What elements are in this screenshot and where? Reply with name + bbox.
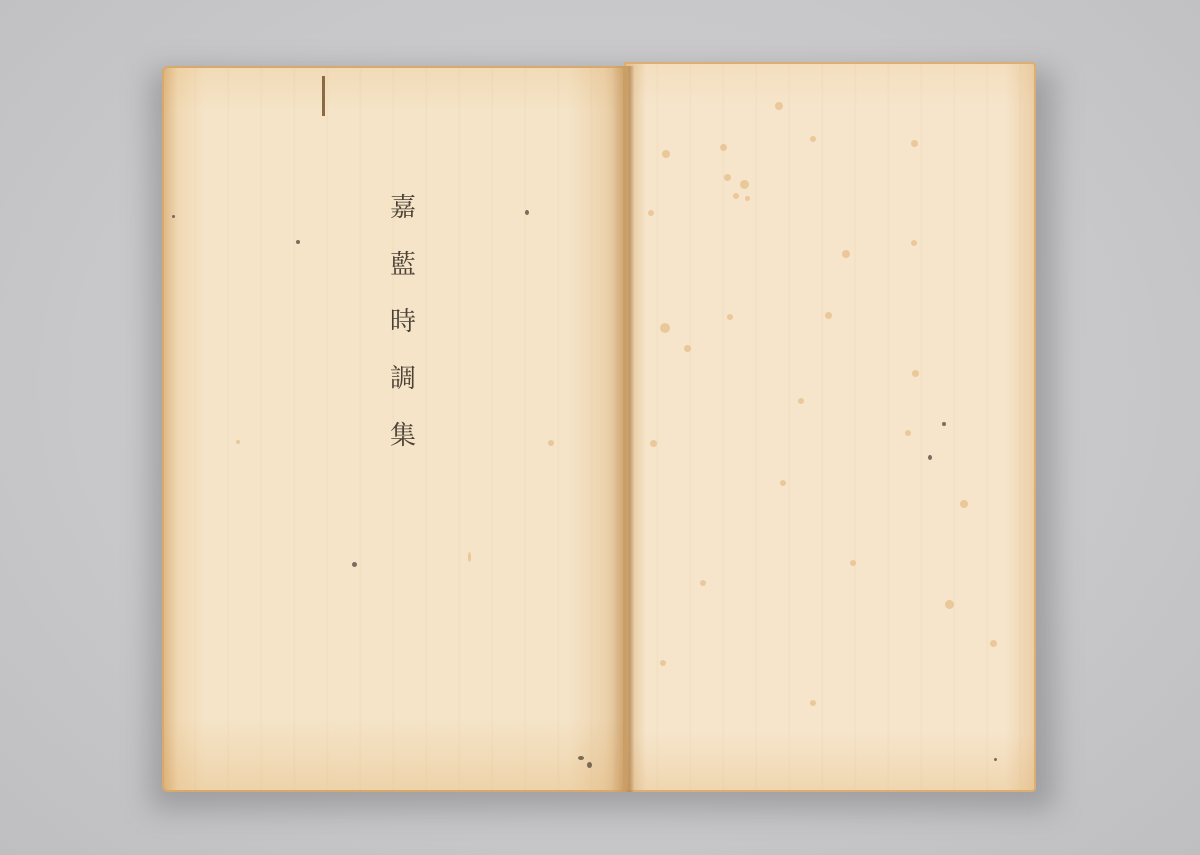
right-page	[624, 62, 1036, 792]
ink-mark	[322, 76, 325, 116]
title-char: 調	[390, 366, 416, 423]
foxing-spot	[850, 560, 856, 566]
speck	[352, 562, 357, 567]
foxing-spot	[798, 398, 804, 404]
foxing-spot	[700, 580, 706, 586]
foxing-spot	[548, 440, 554, 446]
foxing-spot	[740, 180, 749, 189]
foxing-spot	[684, 345, 691, 352]
foxing-spot	[780, 480, 786, 486]
foxing-spot	[650, 440, 657, 447]
title-char: 集	[390, 423, 416, 480]
paper-texture	[626, 64, 1034, 790]
speck	[942, 422, 946, 426]
book-title: 嘉 藍 時 調 集	[386, 195, 420, 480]
foxing-spot	[911, 140, 918, 147]
speck	[578, 756, 584, 760]
title-char: 時	[390, 309, 416, 366]
foxing-spot	[236, 440, 240, 444]
speck	[587, 762, 592, 768]
foxing-spot	[660, 660, 666, 666]
foxing-spot	[912, 370, 919, 377]
foxing-spot	[990, 640, 997, 647]
foxing-spot	[945, 600, 954, 609]
foxing-spot	[727, 314, 733, 320]
speck	[928, 455, 932, 460]
foxing-spot	[720, 144, 727, 151]
foxing-spot	[660, 323, 670, 333]
speck	[172, 215, 175, 218]
foxing-spot	[905, 430, 911, 436]
book-gutter	[612, 66, 634, 792]
foxing-spot	[733, 193, 739, 199]
foxing-spot	[662, 150, 670, 158]
foxing-spot	[745, 196, 750, 201]
foxing-spot	[960, 500, 968, 508]
foxing-spot	[825, 312, 832, 319]
foxing-spot	[842, 250, 850, 258]
title-char: 藍	[390, 252, 416, 309]
speck	[525, 210, 529, 215]
foxing-spot	[810, 136, 816, 142]
foxing-spot	[648, 210, 654, 216]
foxing-spot	[810, 700, 816, 706]
foxing-spot	[775, 102, 783, 110]
foxing-spot	[724, 174, 731, 181]
speck	[994, 758, 997, 761]
foxing-spot	[911, 240, 917, 246]
foxing-spot	[468, 552, 471, 562]
speck	[296, 240, 300, 244]
title-char: 嘉	[390, 195, 416, 252]
